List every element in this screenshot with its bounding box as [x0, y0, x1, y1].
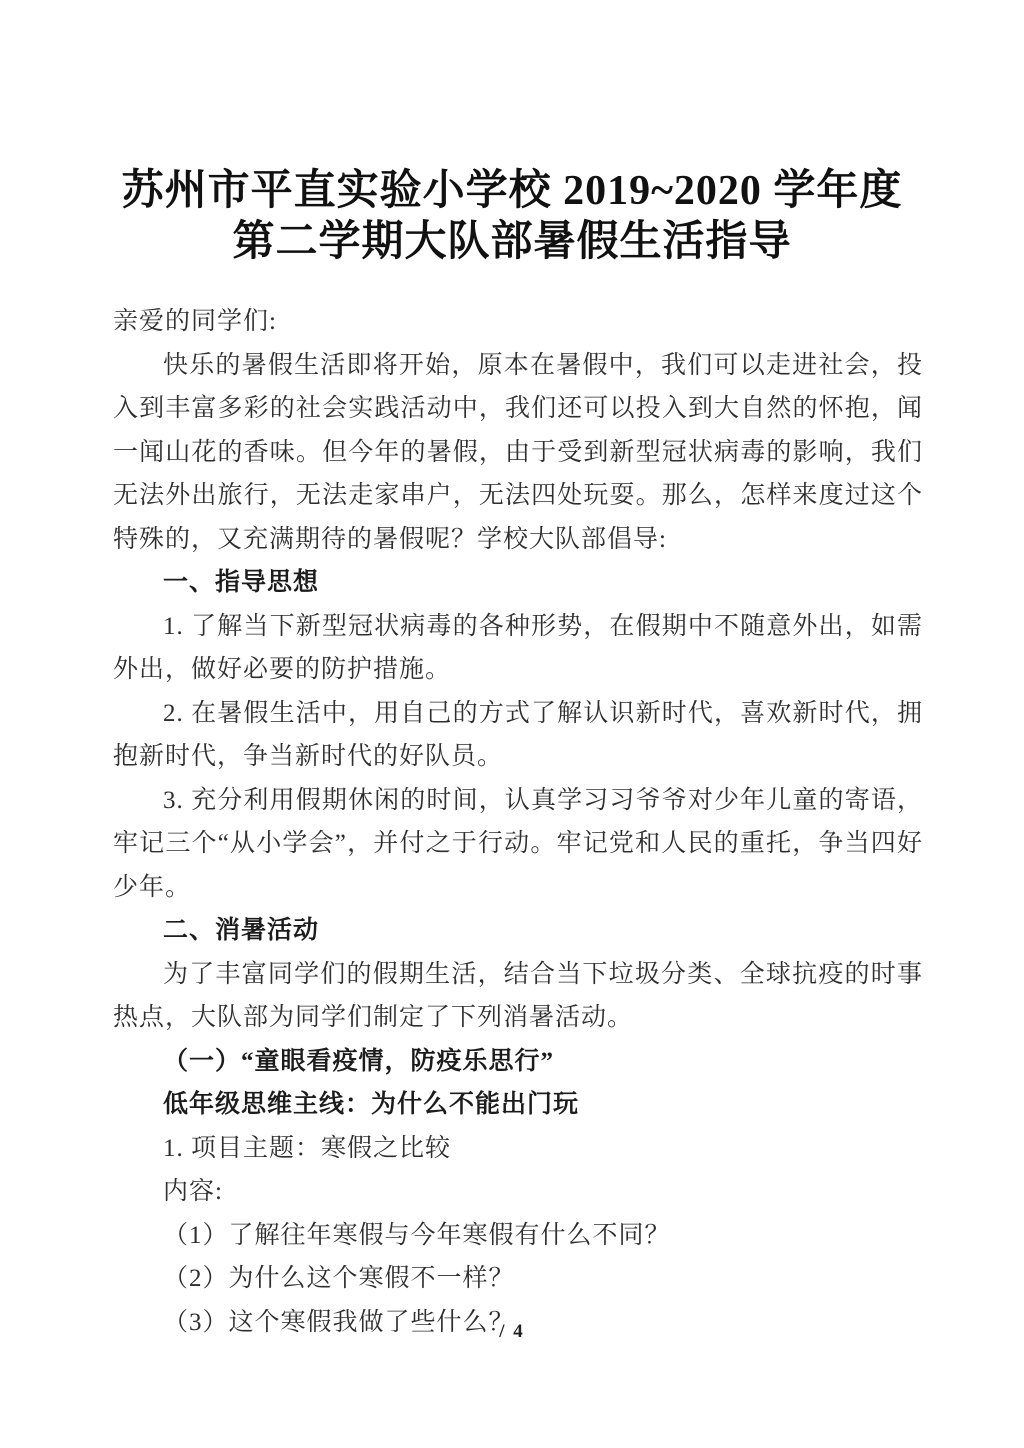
document-title-line-1: 苏州市平直实验小学校 2019~2020 学年度	[0, 166, 1024, 217]
salutation: 亲爱的同学们:	[113, 300, 923, 344]
document-title: 苏州市平直实验小学校 2019~2020 学年度 第二学期大队部暑假生活指导	[0, 166, 1024, 268]
content-item-2: （2）为什么这个寒假不一样？	[113, 1257, 923, 1301]
page-footer: / 4	[0, 1318, 1024, 1346]
document-page: 苏州市平直实验小学校 2019~2020 学年度 第二学期大队部暑假生活指导 亲…	[0, 0, 1024, 1448]
guideline-3: 3. 充分利用假期休闲的时间，认真学习习爷爷对少年儿童的寄语，牢记三个“从小学会…	[113, 779, 923, 910]
section-1-heading: 一、指导思想	[113, 561, 923, 605]
content-item-1: （1）了解往年寒假与今年寒假有什么不同？	[113, 1214, 923, 1258]
guideline-1: 1. 了解当下新型冠状病毒的各种形势，在假期中不随意外出，如需外出，做好必要的防…	[113, 605, 923, 692]
section-2-heading: 二、消暑活动	[113, 909, 923, 953]
project-topic: 1. 项目主题：寒假之比较	[113, 1127, 923, 1171]
activities-intro: 为了丰富同学们的假期生活，结合当下垃圾分类、全球抗疫的时事热点，大队部为同学们制…	[113, 953, 923, 1040]
guideline-2: 2. 在暑假生活中，用自己的方式了解认识新时代，喜欢新时代，拥抱新时代，争当新时…	[113, 692, 923, 779]
document-body: 亲爱的同学们: 快乐的暑假生活即将开始，原本在暑假中，我们可以走进社会，投入到丰…	[113, 300, 923, 1344]
activity-1-heading: （一）“童眼看疫情，防疫乐思行”	[113, 1040, 923, 1084]
document-title-line-2: 第二学期大队部暑假生活指导	[0, 217, 1024, 268]
page-number: / 4	[499, 1321, 525, 1342]
intro-paragraph: 快乐的暑假生活即将开始，原本在暑假中，我们可以走进社会，投入到丰富多彩的社会实践…	[113, 344, 923, 562]
grade-theme-heading: 低年级思维主线：为什么不能出门玩	[113, 1083, 923, 1127]
content-label: 内容:	[113, 1170, 923, 1214]
